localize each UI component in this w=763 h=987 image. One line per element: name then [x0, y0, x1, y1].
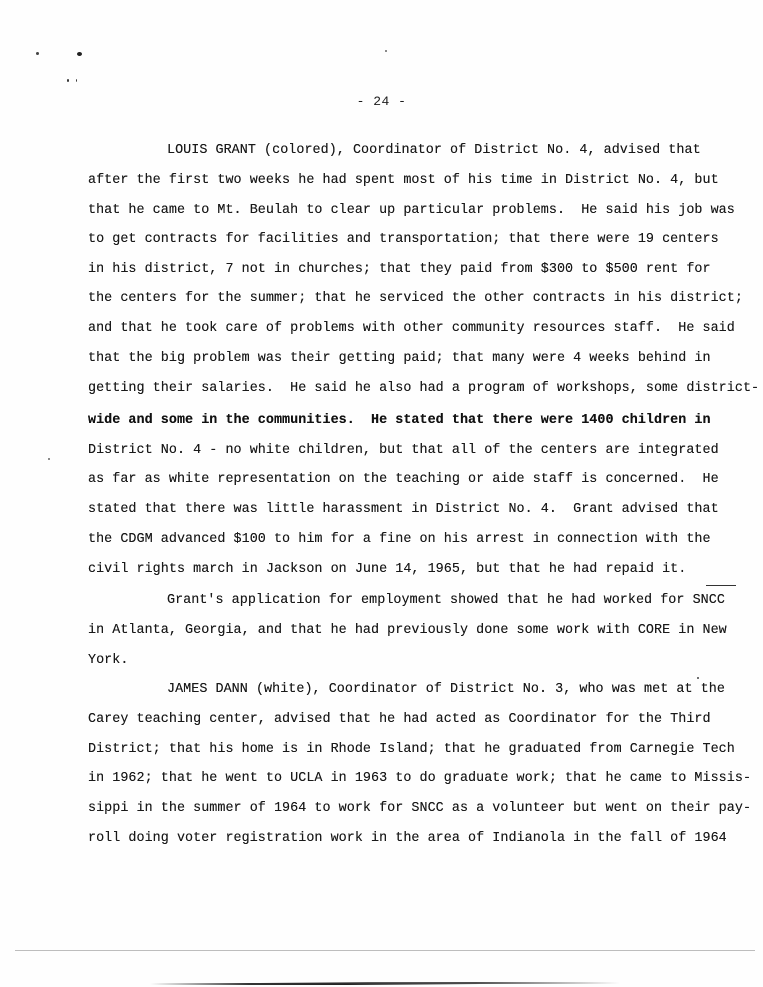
scan-mark [15, 950, 755, 951]
text-line: and that he took care of problems with o… [88, 321, 735, 337]
text-line: LOUIS GRANT (colored), Coordinator of Di… [167, 143, 701, 159]
text-line: in his district, 7 not in churches; that… [88, 262, 711, 278]
text-line: to get contracts for facilities and tran… [88, 232, 719, 248]
text-line: civil rights march in Jackson on June 14… [88, 562, 686, 578]
text-line: stated that there was little harassment … [88, 502, 719, 518]
scan-speck [385, 50, 387, 52]
text-line: District; that his home is in Rhode Isla… [88, 742, 735, 758]
text-line: after the first two weeks he had spent m… [88, 173, 719, 189]
text-line: in Atlanta, Georgia, and that he had pre… [88, 623, 727, 639]
text-line: that he came to Mt. Beulah to clear up p… [88, 203, 735, 219]
text-line: the centers for the summer; that he serv… [88, 291, 743, 307]
text-line: getting their salaries. He said he also … [88, 381, 759, 397]
text-line: Grant's application for employment showe… [167, 593, 725, 609]
text-line: roll doing voter registration work in th… [88, 831, 727, 847]
scan-speck [76, 79, 77, 82]
text-line: District No. 4 - no white children, but … [88, 443, 719, 459]
text-line: York. [88, 653, 128, 669]
scan-speck [77, 52, 82, 56]
scan-mark [260, 982, 620, 984]
document-page: - 24 - LOUIS GRANT (colored), Coordinato… [0, 0, 763, 987]
text-line: JAMES DANN (white), Coordinator of Distr… [167, 682, 725, 698]
text-line: that the big problem was their getting p… [88, 351, 711, 367]
scan-speck [48, 458, 50, 460]
text-line: Carey teaching center, advised that he h… [88, 712, 711, 728]
scan-speck [697, 677, 699, 679]
text-line: sippi in the summer of 1964 to work for … [88, 801, 751, 817]
scan-speck [67, 79, 69, 82]
page-number: - 24 - [0, 94, 763, 109]
text-line: wide and some in the communities. He sta… [88, 413, 711, 429]
text-line: in 1962; that he went to UCLA in 1963 to… [88, 771, 751, 787]
text-line: as far as white representation on the te… [88, 472, 719, 488]
scan-speck [36, 52, 39, 55]
scan-mark [706, 585, 736, 586]
text-line: the CDGM advanced $100 to him for a fine… [88, 532, 711, 548]
